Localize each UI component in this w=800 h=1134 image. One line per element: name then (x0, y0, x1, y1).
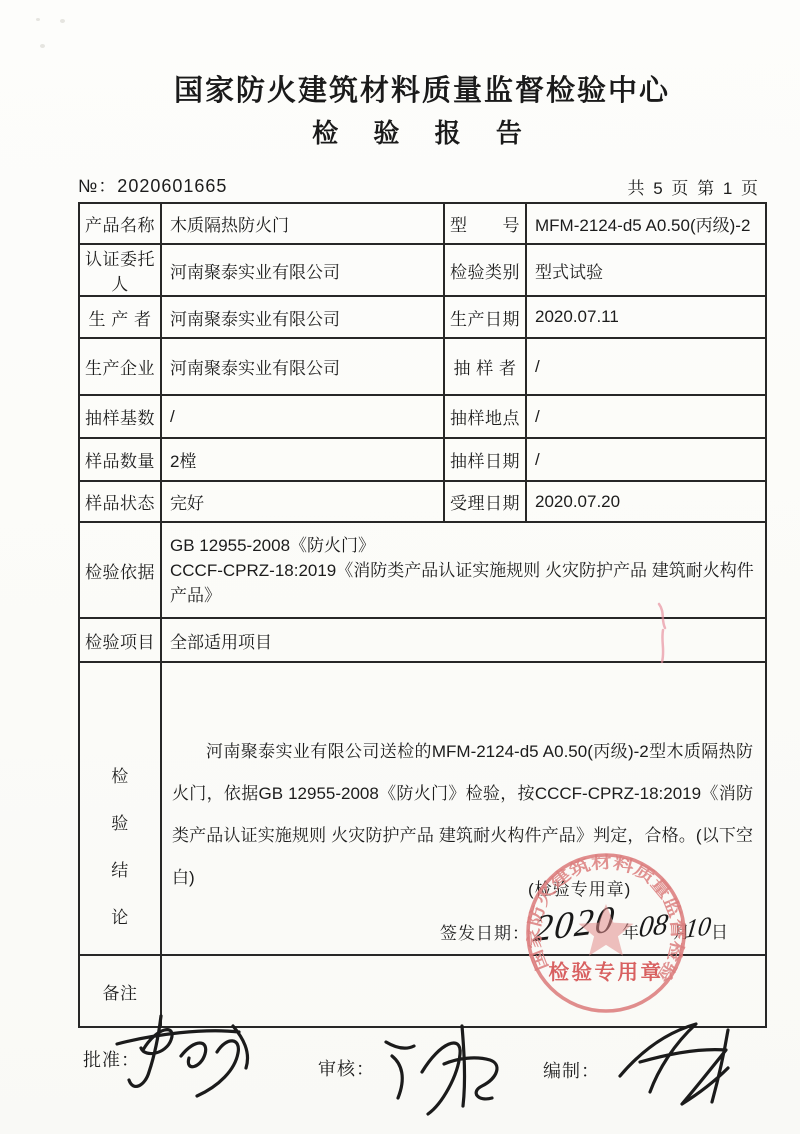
field-label: 检验依据 (79, 522, 161, 618)
table-row: 认证委托人 河南聚泰实业有限公司 检验类别 型式试验 (79, 244, 766, 296)
conclusion-label-char: 结 (111, 856, 129, 881)
scan-speck (60, 19, 65, 23)
review-signature (378, 1018, 538, 1118)
report-number: №：2020601665 (78, 172, 227, 198)
approve-signature (105, 1008, 270, 1103)
review-label: 审核： (318, 1055, 375, 1081)
field-value: 2樘 (161, 438, 444, 481)
field-label: 产品名称 (79, 203, 161, 244)
field-value: 河南聚泰实业有限公司 (161, 296, 444, 338)
table-row: 生产企业 河南聚泰实业有限公司 抽 样 者 / (79, 338, 766, 395)
seal-center-text: 检验专用章 (549, 960, 664, 984)
field-label: 样品数量 (79, 438, 161, 481)
field-value: 河南聚泰实业有限公司 (161, 338, 444, 395)
field-value: 2020.07.20 (526, 481, 766, 522)
conclusion-label-char: 论 (111, 903, 129, 928)
field-value: MFM-2124-d5 A0.50(丙级)-2 (526, 203, 766, 244)
scan-speck (36, 18, 40, 21)
table-row: 样品状态 完好 受理日期 2020.07.20 (79, 481, 766, 522)
basis-line: GB 12955-2008《防火门》 (170, 533, 759, 558)
field-label: 抽样日期 (444, 438, 526, 481)
org-title: 国家防火建筑材料质量监督检验中心 (22, 68, 800, 109)
scan-speck (40, 44, 45, 48)
field-value: / (526, 338, 766, 395)
table-row: 产品名称 木质隔热防火门 型 号 MFM-2124-d5 A0.50(丙级)-2 (79, 203, 766, 244)
star-icon (579, 904, 634, 956)
field-label: 受理日期 (444, 481, 526, 522)
table-row: 生 产 者 河南聚泰实业有限公司 生产日期 2020.07.11 (79, 296, 766, 338)
report-title: 检 验 报 告 (24, 113, 800, 150)
field-label: 生产日期 (444, 296, 526, 338)
field-label: 抽样地点 (444, 395, 526, 438)
conclusion-label-char: 检 (111, 762, 129, 787)
page-count: 共 5 页 第 1 页 (627, 174, 760, 199)
field-value: / (161, 395, 444, 438)
field-value: 型式试验 (526, 244, 766, 296)
day-suffix: 日 (711, 918, 728, 943)
table-row: 抽样基数 / 抽样地点 / (79, 395, 766, 438)
red-pen-mark (645, 598, 685, 678)
field-label: 抽样基数 (79, 395, 161, 438)
field-label: 生产企业 (79, 338, 161, 395)
field-label: 生 产 者 (79, 296, 161, 338)
field-value: / (526, 438, 766, 481)
field-value: / (526, 395, 766, 438)
report-page: 国家防火建筑材料质量监督检验中心 检 验 报 告 №：2020601665 共 … (0, 0, 800, 1134)
issue-date-label: 签发日期： (440, 919, 530, 944)
field-label: 型 号 (444, 203, 526, 244)
conclusion-label: 检 验 结 论 (79, 662, 161, 955)
field-label: 抽 样 者 (444, 338, 526, 395)
table-row: 样品数量 2樘 抽样日期 / (79, 438, 766, 481)
field-label: 检验项目 (79, 618, 161, 662)
field-value: 完好 (161, 481, 444, 522)
field-value: 2020.07.11 (526, 296, 766, 338)
field-value: 木质隔热防火门 (161, 203, 444, 244)
inspection-seal-stamp: 国家防火建筑材料质量监督检验中心 检验专用章 (520, 846, 692, 1018)
field-value: 河南聚泰实业有限公司 (161, 244, 444, 296)
field-label: 检验类别 (444, 244, 526, 296)
field-label: 样品状态 (79, 481, 161, 522)
prepare-signature (612, 1014, 762, 1109)
prepare-label: 编制： (543, 1057, 600, 1083)
field-label: 认证委托人 (79, 244, 161, 296)
conclusion-label-char: 验 (111, 809, 129, 834)
